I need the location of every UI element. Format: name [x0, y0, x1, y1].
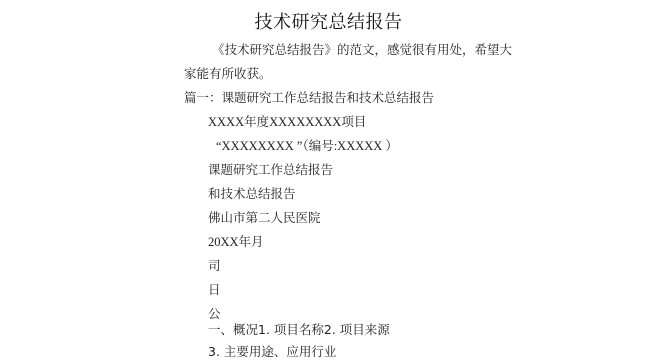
intro-paragraph-line-1: 《技术研究总结报告》的范文，感觉很有用处，希望大 — [212, 42, 512, 58]
report-title-line-1: 课题研究工作总结报告 — [208, 162, 333, 178]
project-year-line: XXXX年度XXXXXXXX项目 — [208, 114, 366, 130]
section-heading: 篇一：课题研究工作总结报告和技术总结报告 — [184, 90, 434, 106]
char-line-ri: 日 — [208, 282, 221, 298]
overview-line: 一、概况1. 项目名称2. 项目来源 — [208, 322, 390, 338]
document-page: 技术研究总结报告 《技术研究总结报告》的范文，感觉很有用处，希望大 家能有所收获… — [0, 0, 657, 361]
report-title-line-2: 和技术总结报告 — [208, 186, 296, 202]
intro-paragraph-line-2: 家能有所收获。 — [184, 66, 272, 82]
date-line: 20XX年月 — [208, 234, 264, 250]
usage-line: 3. 主要用途、应用行业 — [208, 344, 336, 360]
document-title: 技术研究总结报告 — [0, 12, 657, 34]
project-number-line: “XXXXXXXX ”（编号:XXXXX ） — [216, 138, 398, 154]
organization-line: 佛山市第二人民医院 — [208, 210, 321, 226]
char-line-si: 司 — [208, 258, 221, 274]
char-line-gong: 公 — [208, 306, 221, 322]
